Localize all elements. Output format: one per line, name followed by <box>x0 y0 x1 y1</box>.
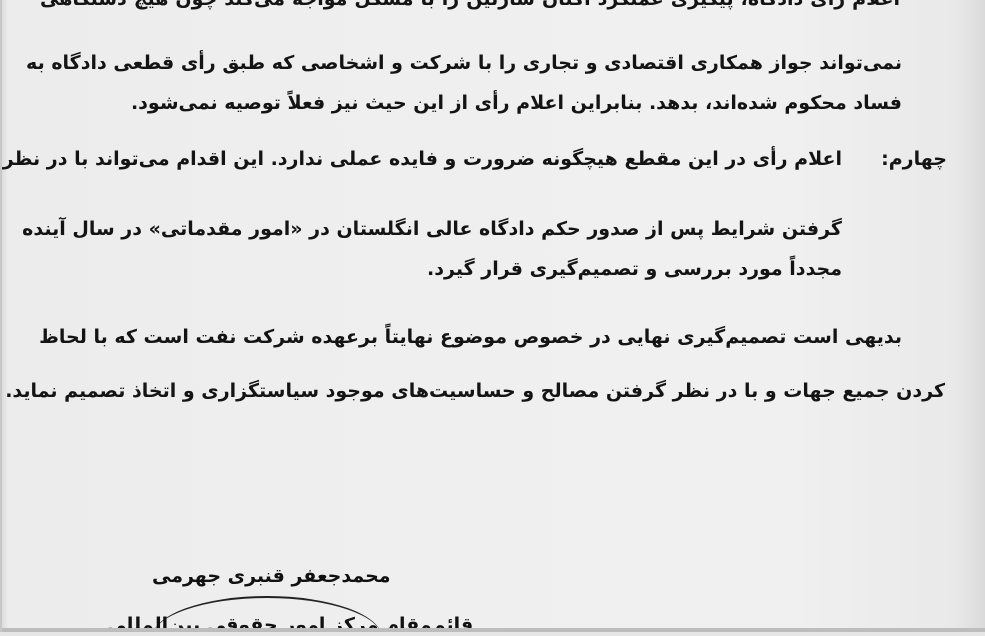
paragraph-top-line-3: فساد محکوم شده‌اند، بدهد. بنابراین اعلام… <box>157 92 902 114</box>
item-four-line-3: مجدداً مورد بررسی و تصمیم‌گیری قرار گیرد… <box>442 258 842 280</box>
item-four-line-1: اعلام رأی در این مقطع هیچگونه ضرورت و فا… <box>42 148 842 170</box>
page-bottom-edge <box>2 628 985 632</box>
conclusion-line-2: کردن جمیع جهات و با در نظر گرفتن مصالح و… <box>40 380 945 402</box>
paragraph-top-line-1: اعلام رأی دادگاه، پیگیری عملکرد آکتان شا… <box>40 0 900 10</box>
paragraph-top-line-2: نمی‌تواند جواز همکاری اقتصادی و تجاری را… <box>42 52 902 74</box>
conclusion-line-1: بدیهی است تصمیم‌گیری نهایی در خصوص موضوع… <box>42 326 902 348</box>
item-four-label: چهارم: <box>881 148 947 170</box>
item-four-line-2: گرفتن شرایط پس از صدور حکم دادگاه عالی ا… <box>42 218 842 240</box>
scanned-letter-page: اعلام رأی دادگاه، پیگیری عملکرد آکتان شا… <box>0 0 985 632</box>
signature-name: محمدجعفر قنبری جهرمی <box>152 565 391 587</box>
